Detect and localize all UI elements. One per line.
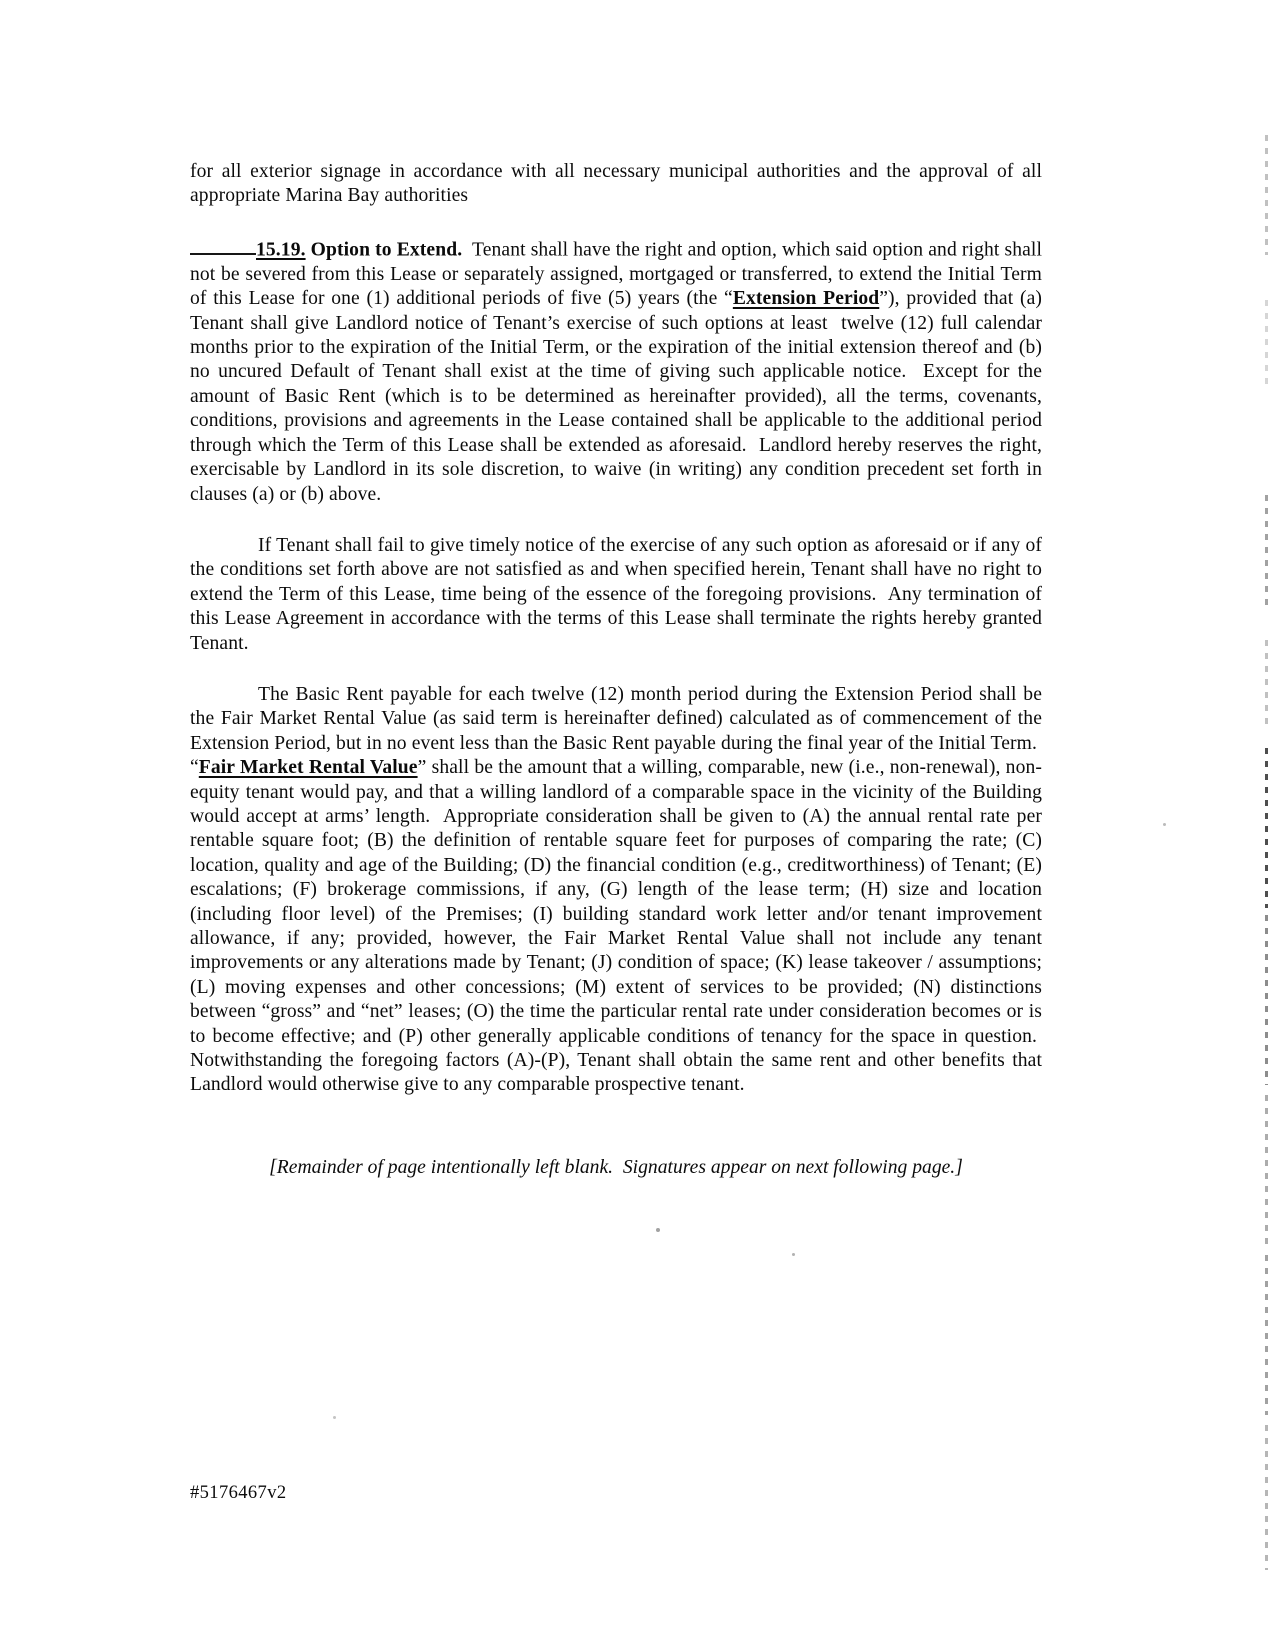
- scan-speck: [333, 1416, 336, 1419]
- text-run: Fair Market Rental Value: [199, 757, 418, 778]
- scan-speck: [656, 1228, 660, 1232]
- text-run: If Tenant shall fail to give timely noti…: [190, 535, 1042, 654]
- text-run: 15.19.: [256, 239, 306, 260]
- document-body: for all exterior signage in accordance w…: [190, 160, 1042, 1180]
- paragraph: If Tenant shall fail to give timely noti…: [190, 534, 1042, 656]
- text-run: Option to Extend.: [311, 239, 463, 260]
- scan-speck: [1163, 823, 1166, 826]
- document-number-footer: #5176467v2: [190, 1483, 287, 1504]
- text-run: ” shall be the amount that a willing, co…: [190, 757, 1042, 1095]
- scan-artifact-segment: [1265, 748, 1268, 908]
- scanned-lease-page: for all exterior signage in accordance w…: [0, 0, 1275, 1650]
- blank-page-notice: [Remainder of page intentionally left bl…: [190, 1156, 1042, 1180]
- scan-artifact-right-edge: [1265, 0, 1268, 1650]
- scan-artifact-segment: [1265, 300, 1268, 390]
- scan-artifact-segment: [1265, 1425, 1268, 1570]
- paragraph: The Basic Rent payable for each twelve (…: [190, 683, 1042, 1098]
- scan-artifact-segment: [1265, 640, 1268, 725]
- scan-artifact-segment: [1265, 135, 1268, 255]
- scan-speck: [792, 1253, 795, 1256]
- paragraph: 15.19. Option to Extend. Tenant shall ha…: [190, 236, 1042, 507]
- scan-artifact-segment: [1265, 1095, 1268, 1245]
- underlined-tab-leader: [190, 236, 256, 256]
- paragraph: for all exterior signage in accordance w…: [190, 160, 1042, 209]
- scan-artifact-segment: [1265, 915, 1268, 1085]
- scan-artifact-segment: [1265, 1255, 1268, 1415]
- text-run: Extension Period: [733, 288, 879, 309]
- text-run: for all exterior signage in accordance w…: [190, 161, 1042, 206]
- text-run: ”), provided that (a) Tenant shall give …: [190, 288, 1042, 504]
- scan-artifact-segment: [1265, 495, 1268, 610]
